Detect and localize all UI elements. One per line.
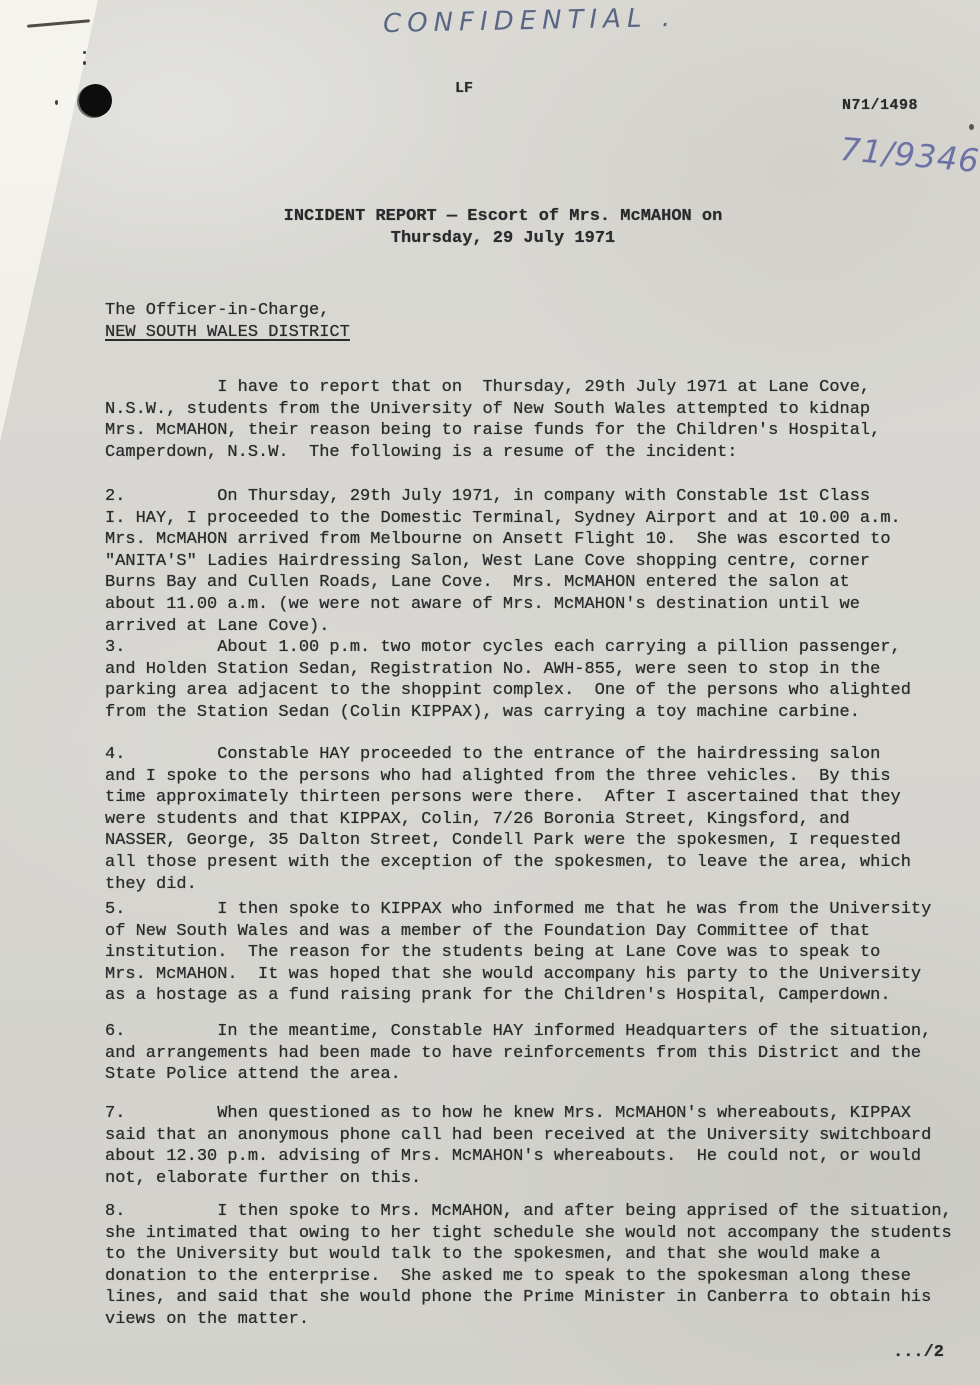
document-page: CONFIDENTIAL . LF N71/1498 71/9346 INCID…	[0, 0, 980, 1385]
recipient-line: The Officer-in-Charge,	[105, 301, 329, 320]
recipient-address: The Officer-in-Charge, NEW SOUTH WALES D…	[105, 300, 350, 343]
report-paragraph: 5. I then spoke to KIPPAX who informed m…	[105, 899, 965, 1007]
report-paragraph: 4. Constable HAY proceeded to the entran…	[105, 744, 965, 895]
ink-speck	[83, 61, 86, 65]
report-paragraph: 2. On Thursday, 29th July 1971, in compa…	[105, 486, 965, 637]
page-continuation-mark: .../2	[893, 1343, 944, 1362]
confidential-stamp: CONFIDENTIAL .	[383, 3, 677, 39]
typist-initials: LF	[455, 80, 473, 97]
report-paragraph: 3. About 1.00 p.m. two motor cycles each…	[105, 637, 965, 723]
file-reference-number: N71/1498	[842, 97, 918, 114]
recipient-district: NEW SOUTH WALES DISTRICT	[105, 323, 350, 342]
ink-speck	[969, 124, 974, 130]
report-paragraph: I have to report that on Thursday, 29th …	[105, 377, 965, 463]
ink-speck	[55, 100, 58, 105]
report-paragraph: 6. In the meantime, Constable HAY inform…	[105, 1021, 965, 1086]
hole-punch-mark	[79, 84, 112, 117]
report-title: INCIDENT REPORT — Escort of Mrs. McMAHON…	[26, 206, 980, 250]
handwritten-file-number: 71/9346	[839, 130, 980, 180]
report-paragraph: 7. When questioned as to how he knew Mrs…	[105, 1103, 965, 1189]
ink-speck	[83, 51, 86, 54]
report-paragraph: 8. I then spoke to Mrs. McMAHON, and aft…	[105, 1201, 965, 1331]
